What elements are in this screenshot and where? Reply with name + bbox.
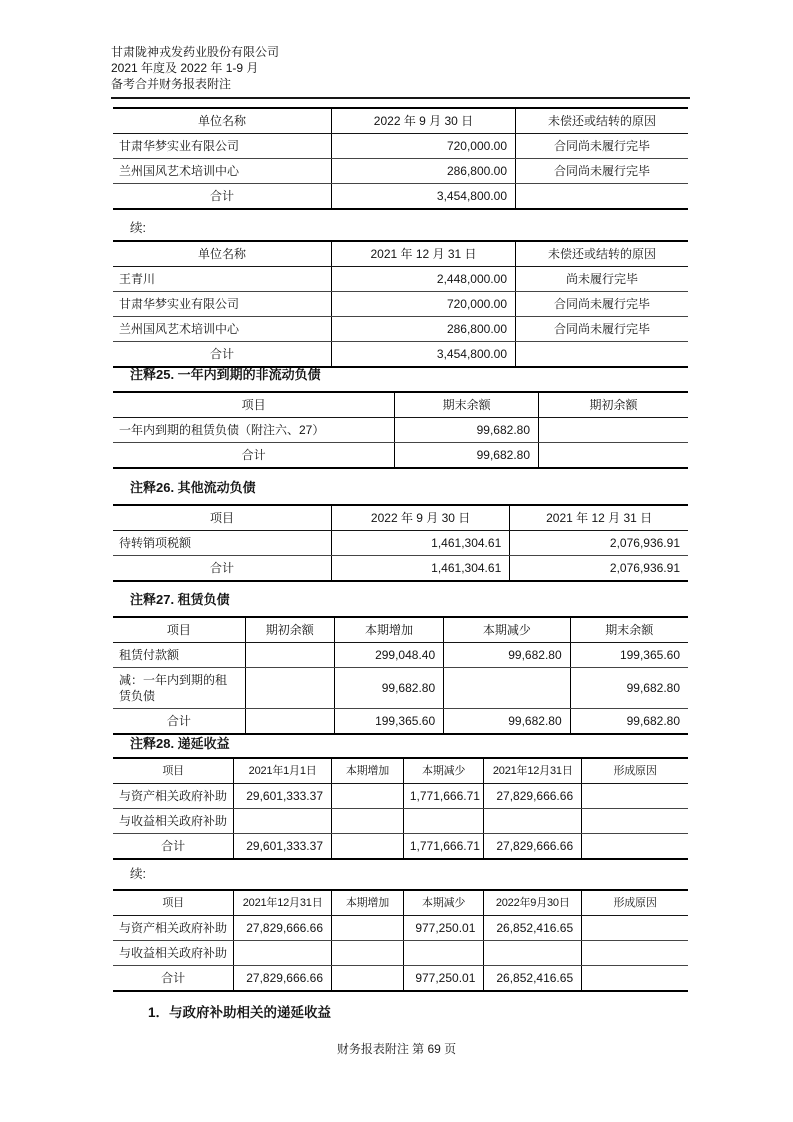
table-cell: 720,000.00	[332, 134, 516, 159]
column-header: 本期增加	[334, 617, 443, 643]
table-cell: 720,000.00	[332, 292, 516, 317]
doc-header-title: 备考合并财务报表附注	[111, 76, 690, 92]
note28-title: 注释28. 递延收益	[130, 735, 230, 753]
note25-noncurrent-liabilities-table: 项目期末余额期初余额一年内到期的租赁负债（附注六、27）99,682.80合计9…	[113, 391, 688, 469]
table-cell: 甘肃华梦实业有限公司	[113, 134, 332, 159]
table-cell: 99,682.80	[395, 418, 539, 443]
table-cell	[234, 941, 332, 966]
doc-header-period: 2021 年度及 2022 年 1-9 月	[111, 60, 690, 76]
note28-deferred-income-table-2022: 项目2021年12月31日本期增加本期减少2022年9月30日形成原因与资产相关…	[113, 889, 688, 992]
column-header: 项目	[113, 758, 234, 784]
table-row: 合计29,601,333.371,771,666.7127,829,666.66	[113, 834, 688, 860]
table-cell: 286,800.00	[332, 159, 516, 184]
table-row: 与资产相关政府补助27,829,666.66977,250.0126,852,4…	[113, 916, 688, 941]
table-cell: 29,601,333.37	[234, 834, 332, 860]
table-cell: 与资产相关政府补助	[113, 784, 234, 809]
table-header-row: 单位名称2021 年 12 月 31 日未偿还或结转的原因	[113, 241, 688, 267]
table-cell: 3,454,800.00	[332, 184, 516, 210]
column-header: 2021 年 12 月 31 日	[332, 241, 516, 267]
table-cell: 合同尚未履行完毕	[516, 134, 689, 159]
table-cell: 199,365.60	[570, 643, 688, 668]
table-cell	[484, 809, 582, 834]
table-cell	[582, 784, 688, 809]
column-header: 2022年9月30日	[484, 890, 582, 916]
table-cell: 与收益相关政府补助	[113, 941, 234, 966]
table-cell: 27,829,666.66	[484, 784, 582, 809]
table-cell: 99,682.80	[444, 643, 571, 668]
column-header: 本期减少	[444, 617, 571, 643]
table-cell	[332, 809, 404, 834]
table-cell: 合计	[113, 342, 332, 368]
table-row: 王青川2,448,000.00尚未履行完毕	[113, 267, 688, 292]
table-cell	[516, 184, 689, 210]
table-cell: 977,250.01	[403, 966, 484, 992]
table-cell	[582, 809, 688, 834]
subheading-government-grants: 1．与政府补助相关的递延收益	[148, 1003, 331, 1023]
table-cell	[332, 834, 404, 860]
table-cell	[332, 784, 404, 809]
table-cell	[403, 941, 484, 966]
table-cell	[245, 643, 334, 668]
column-header: 项目	[113, 392, 395, 418]
column-header: 单位名称	[113, 108, 332, 134]
table-row: 兰州国风艺术培训中心286,800.00合同尚未履行完毕	[113, 317, 688, 342]
table-cell	[245, 709, 334, 735]
column-header: 期末余额	[395, 392, 539, 418]
table-cell: 合计	[113, 184, 332, 210]
table-cell: 2,448,000.00	[332, 267, 516, 292]
table-cell: 1,461,304.61	[332, 531, 510, 556]
table-cell: 兰州国风艺术培训中心	[113, 159, 332, 184]
table-cell: 299,048.40	[334, 643, 443, 668]
table-cell: 与收益相关政府补助	[113, 809, 234, 834]
column-header: 2021 年 12 月 31 日	[510, 505, 688, 531]
table-cell	[516, 342, 689, 368]
table-cell	[245, 668, 334, 709]
table-cell: 合计	[113, 709, 245, 735]
table-cell: 2,076,936.91	[510, 531, 688, 556]
table-header-row: 项目期末余额期初余额	[113, 392, 688, 418]
table-cell: 27,829,666.66	[484, 834, 582, 860]
table-cell: 合同尚未履行完毕	[516, 292, 689, 317]
table-row: 合计3,454,800.00	[113, 342, 688, 368]
document-page: 甘肃陇神戎发药业股份有限公司 2021 年度及 2022 年 1-9 月 备考合…	[0, 0, 793, 1122]
table-cell: 27,829,666.66	[234, 966, 332, 992]
table-cell	[582, 916, 688, 941]
table-cell	[234, 809, 332, 834]
table-cell	[582, 941, 688, 966]
column-header: 形成原因	[582, 758, 688, 784]
table-cell: 合同尚未履行完毕	[516, 159, 689, 184]
column-header: 2021年1月1日	[234, 758, 332, 784]
table-row: 一年内到期的租赁负债（附注六、27）99,682.80	[113, 418, 688, 443]
table-cell: 一年内到期的租赁负债（附注六、27）	[113, 418, 395, 443]
note27-lease-liabilities-table: 项目期初余额本期增加本期减少期末余额租赁付款额299,048.4099,682.…	[113, 616, 688, 735]
table-cell	[484, 941, 582, 966]
column-header: 本期减少	[403, 758, 484, 784]
table-cell: 王青川	[113, 267, 332, 292]
continued-label: 续:	[130, 220, 146, 236]
doc-header-company: 甘肃陇神戎发药业股份有限公司	[111, 44, 690, 60]
table-row: 兰州国风艺术培训中心286,800.00合同尚未履行完毕	[113, 159, 688, 184]
column-header: 本期减少	[403, 890, 484, 916]
column-header: 2021年12月31日	[484, 758, 582, 784]
table-cell	[539, 418, 689, 443]
note25-title: 注释25. 一年内到期的非流动负债	[130, 366, 321, 384]
table-cell: 99,682.80	[395, 443, 539, 469]
note27-title: 注释27. 租赁负债	[130, 591, 230, 609]
table-cell: 26,852,416.65	[484, 966, 582, 992]
table-cell: 29,601,333.37	[234, 784, 332, 809]
table-cell: 合计	[113, 834, 234, 860]
column-header: 项目	[113, 890, 234, 916]
table-cell: 27,829,666.66	[234, 916, 332, 941]
table-cell: 99,682.80	[444, 709, 571, 735]
column-header: 未偿还或结转的原因	[516, 241, 689, 267]
table-row: 甘肃华梦实业有限公司720,000.00合同尚未履行完毕	[113, 292, 688, 317]
column-header: 期末余额	[570, 617, 688, 643]
column-header: 2021年12月31日	[234, 890, 332, 916]
table-cell: 1,461,304.61	[332, 556, 510, 582]
note28-deferred-income-table-2021: 项目2021年1月1日本期增加本期减少2021年12月31日形成原因与资产相关政…	[113, 757, 688, 860]
column-header: 2022 年 9 月 30 日	[332, 108, 516, 134]
table-cell	[582, 966, 688, 992]
column-header: 形成原因	[582, 890, 688, 916]
continued-label: 续:	[130, 866, 146, 882]
table-row: 与收益相关政府补助	[113, 941, 688, 966]
column-header: 期初余额	[539, 392, 689, 418]
table-cell: 合计	[113, 556, 332, 582]
table-cell: 尚未履行完毕	[516, 267, 689, 292]
table-cell: 待转销项税额	[113, 531, 332, 556]
table-row: 甘肃华梦实业有限公司720,000.00合同尚未履行完毕	[113, 134, 688, 159]
table-cell	[332, 941, 404, 966]
note26-title: 注释26. 其他流动负债	[130, 479, 256, 497]
column-header: 项目	[113, 617, 245, 643]
table-row: 合计99,682.80	[113, 443, 688, 469]
table-cell: 甘肃华梦实业有限公司	[113, 292, 332, 317]
column-header: 本期增加	[332, 758, 404, 784]
table-cell: 合同尚未履行完毕	[516, 317, 689, 342]
column-header: 2022 年 9 月 30 日	[332, 505, 510, 531]
table-row: 合计199,365.6099,682.8099,682.80	[113, 709, 688, 735]
table-cell	[332, 966, 404, 992]
table-header-row: 项目2021年1月1日本期增加本期减少2021年12月31日形成原因	[113, 758, 688, 784]
table-cell: 1,771,666.71	[403, 834, 484, 860]
table-cell: 99,682.80	[570, 668, 688, 709]
table-cell: 租赁付款额	[113, 643, 245, 668]
column-header: 期初余额	[245, 617, 334, 643]
column-header: 本期增加	[332, 890, 404, 916]
table-cell: 与资产相关政府补助	[113, 916, 234, 941]
table-header-row: 项目期初余额本期增加本期减少期末余额	[113, 617, 688, 643]
column-header: 项目	[113, 505, 332, 531]
carryover-table-2021: 单位名称2021 年 12 月 31 日未偿还或结转的原因王青川2,448,00…	[113, 240, 688, 368]
table-row: 合计3,454,800.00	[113, 184, 688, 210]
table-cell: 977,250.01	[403, 916, 484, 941]
table-cell: 286,800.00	[332, 317, 516, 342]
table-cell	[403, 809, 484, 834]
table-cell: 合计	[113, 443, 395, 469]
column-header: 未偿还或结转的原因	[516, 108, 689, 134]
table-cell	[444, 668, 571, 709]
table-cell	[582, 834, 688, 860]
table-cell: 2,076,936.91	[510, 556, 688, 582]
carryover-table-2022: 单位名称2022 年 9 月 30 日未偿还或结转的原因甘肃华梦实业有限公司72…	[113, 107, 688, 210]
table-row: 减：一年内到期的租赁负债99,682.8099,682.80	[113, 668, 688, 709]
table-header-row: 单位名称2022 年 9 月 30 日未偿还或结转的原因	[113, 108, 688, 134]
table-cell: 99,682.80	[570, 709, 688, 735]
table-row: 合计1,461,304.612,076,936.91	[113, 556, 688, 582]
doc-header: 甘肃陇神戎发药业股份有限公司 2021 年度及 2022 年 1-9 月 备考合…	[111, 44, 690, 99]
table-cell: 合计	[113, 966, 234, 992]
table-cell: 99,682.80	[334, 668, 443, 709]
table-row: 合计27,829,666.66977,250.0126,852,416.65	[113, 966, 688, 992]
table-cell: 减：一年内到期的租赁负债	[113, 668, 245, 709]
table-cell: 1,771,666.71	[403, 784, 484, 809]
table-cell: 26,852,416.65	[484, 916, 582, 941]
page-footer: 财务报表附注 第 69 页	[0, 1040, 793, 1057]
table-header-row: 项目2021年12月31日本期增加本期减少2022年9月30日形成原因	[113, 890, 688, 916]
table-header-row: 项目2022 年 9 月 30 日2021 年 12 月 31 日	[113, 505, 688, 531]
note26-other-current-liabilities-table: 项目2022 年 9 月 30 日2021 年 12 月 31 日待转销项税额1…	[113, 504, 688, 582]
table-row: 与资产相关政府补助29,601,333.371,771,666.7127,829…	[113, 784, 688, 809]
table-cell: 兰州国风艺术培训中心	[113, 317, 332, 342]
table-row: 待转销项税额1,461,304.612,076,936.91	[113, 531, 688, 556]
column-header: 单位名称	[113, 241, 332, 267]
table-cell: 3,454,800.00	[332, 342, 516, 368]
table-row: 与收益相关政府补助	[113, 809, 688, 834]
table-cell	[332, 916, 404, 941]
table-cell	[539, 443, 689, 469]
table-cell: 199,365.60	[334, 709, 443, 735]
table-row: 租赁付款额299,048.4099,682.80199,365.60	[113, 643, 688, 668]
